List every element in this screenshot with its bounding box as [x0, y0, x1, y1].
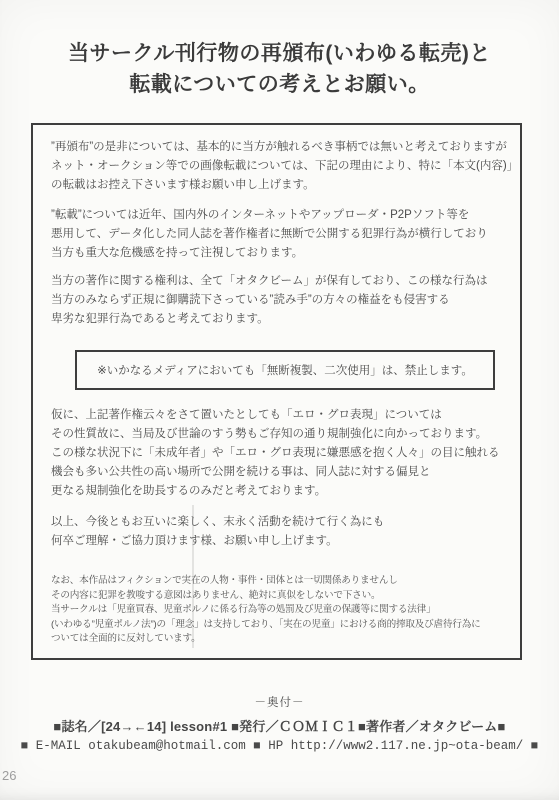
colophon-publication-line: ■誌名／[24→←14] lesson#1 ■発行／ＣＯＭＩＣ１■著作者／オタク…	[0, 716, 559, 735]
text-line: 転載についての考えとお願い。	[0, 69, 559, 100]
text-line: ネット・オークション等での画像転載については、下記の理由により、特に「本文(内容…	[51, 157, 510, 176]
text-line: この様な状況下に「未成年者」や「エロ・グロ表現に嫌悪感を抱く人々」の目に触れる	[51, 444, 510, 463]
text-line: 機会も多い公共性の高い場所で公開を続ける事は、同人誌に対する偏見と	[51, 463, 510, 482]
paragraph-regulation: 仮に、上記著作権云々をさて置いたとしても「エロ・グロ表現」についてはその性質故に…	[51, 406, 510, 501]
text-line: 当方の著作に関する権利は、全て「オタクビーム」が保有しており、この様な行為は	[51, 272, 510, 291]
text-line: 卑劣な犯罪行為であると考えております。	[51, 310, 510, 329]
paragraph-reprint-piracy: ”転載”については近年、国内外のインターネットやアップローダ・P2Pソフト等を悪…	[51, 206, 510, 263]
text-line: 当サークルは「児童買春、児童ポルノに係る行為等の処罰及び児童の保護等に関する法律…	[51, 603, 481, 618]
page-number: 26	[2, 768, 16, 783]
text-line: ついては全面的に反対しています。	[51, 632, 481, 647]
prohibition-box: ※いかなるメディアにおいても「無断複製、二次使用」は、禁止します。	[75, 350, 495, 390]
paragraph-redistribution: ”再頒布”の是非については、基本的に当方が触れるべき事柄では無いと考えております…	[51, 138, 510, 195]
text-line: ”転載”については近年、国内外のインターネットやアップローダ・P2Pソフト等を	[51, 206, 510, 225]
text-line: 更なる規制強化を助長するのみだと考えております。	[51, 482, 510, 501]
text-line: 当方のみならず正規に御購読下さっている”読み手”の方々の権益をも侵害する	[51, 291, 510, 310]
text-line: ”再頒布”の是非については、基本的に当方が触れるべき事柄では無いと考えております…	[51, 138, 510, 157]
scanned-doujinshi-notice-page: { "page": { "background_color": "#fbfbf9…	[0, 0, 559, 800]
prohibition-text: ※いかなるメディアにおいても「無断複製、二次使用」は、禁止します。	[97, 362, 473, 378]
text-line: その内容に犯罪を教唆する意図はありません、絶対に真似をしないで下さい。	[51, 589, 481, 604]
paragraph-copyright-holder: 当方の著作に関する権利は、全て「オタクビーム」が保有しており、この様な行為は当方…	[51, 272, 510, 329]
fiction-disclaimer: なお、本作品はフィクションで実在の人物・事件・団体とは一切関係ありませんしその内…	[51, 574, 481, 647]
text-line: (いわゆる”児童ポルノ法”)の「理念」は支持しており、「実在の児童」における商的…	[51, 618, 481, 633]
colophon-contact-line: ■ E-MAIL otakubeam@hotmail.com ■ HP http…	[0, 739, 559, 753]
text-line: 仮に、上記著作権云々をさて置いたとしても「エロ・グロ表現」については	[51, 406, 510, 425]
text-line: 以上、今後ともお互いに楽しく、末永く活動を続けて行く為にも	[51, 513, 510, 532]
text-line: 当方も重大な危機感を持って注視しております。	[51, 244, 510, 263]
paragraph-closing-request: 以上、今後ともお互いに楽しく、末永く活動を続けて行く為にも何卒ご理解・ご協力頂け…	[51, 513, 510, 551]
colophon-heading: －奥付－	[0, 694, 559, 710]
text-line: その性質故に、当局及び世論のすう勢もご存知の通り規制強化に向かっております。	[51, 425, 510, 444]
text-line: なお、本作品はフィクションで実在の人物・事件・団体とは一切関係ありませんし	[51, 574, 481, 589]
text-line: 何卒ご理解・ご協力頂けます様、お願い申し上げます。	[51, 532, 510, 551]
text-line: 悪用して、データ化した同人誌を著作権者に無断で公開する犯罪行為が横行しており	[51, 225, 510, 244]
page-title: 当サークル刊行物の再頒布(いわゆる転売)と転載についての考えとお願い。	[0, 38, 559, 100]
text-line: の転載はお控え下さいます様お願い申し上げます。	[51, 176, 510, 195]
text-line: 当サークル刊行物の再頒布(いわゆる転売)と	[0, 38, 559, 69]
notice-border-box: ”再頒布”の是非については、基本的に当方が触れるべき事柄では無いと考えております…	[31, 123, 522, 660]
